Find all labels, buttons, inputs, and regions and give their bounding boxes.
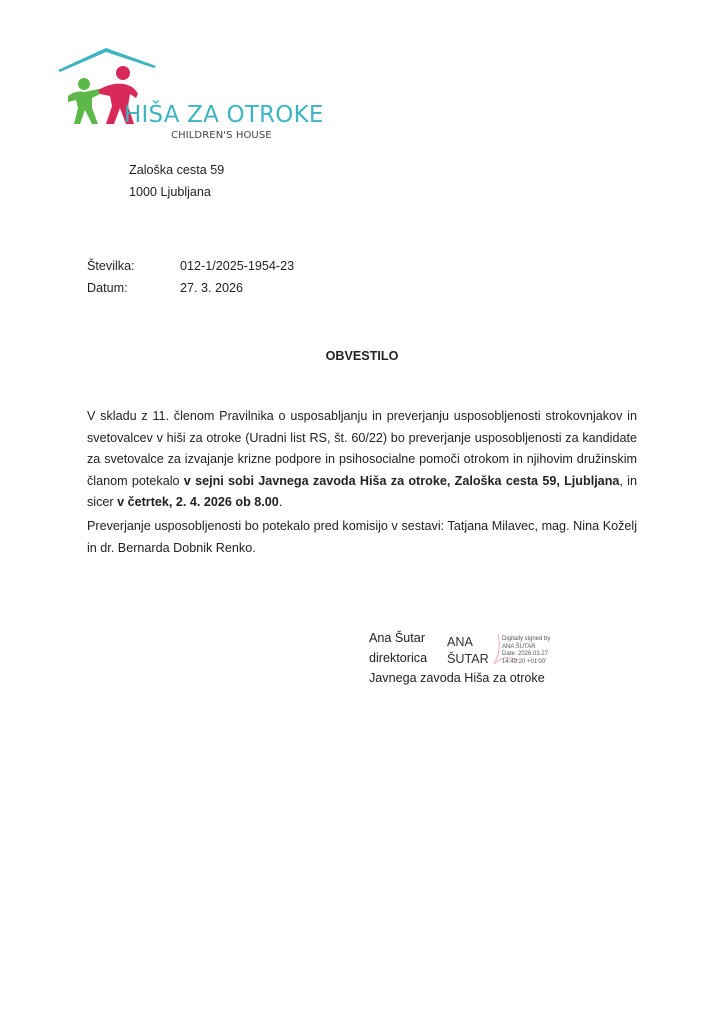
- date-label: Datum:: [87, 277, 180, 299]
- sender-address: Zaloška cesta 59 1000 Ljubljana: [129, 159, 224, 203]
- signed-name-line-1: ANA: [447, 634, 489, 651]
- document-meta: Številka: 012-1/2025-1954-23 Datum: 27. …: [87, 255, 294, 299]
- p1-datetime: v četrtek, 2. 4. 2026 ob 8.00: [117, 495, 279, 509]
- paragraph-notice: V skladu z 11. členom Pravilnika o uspos…: [87, 406, 637, 514]
- paragraph-commission: Preverjanje usposobljenosti bo potekalo …: [87, 516, 637, 559]
- digital-line-2: ANA ŠUTAR: [502, 644, 550, 652]
- meta-number-row: Številka: 012-1/2025-1954-23: [87, 255, 294, 277]
- logo-house-icon: [54, 44, 314, 144]
- address-line-2: 1000 Ljubljana: [129, 181, 224, 203]
- signed-name-line-2: ŠUTAR: [447, 651, 489, 668]
- digital-signature-name: ANA ŠUTAR: [447, 634, 489, 668]
- date-value: 27. 3. 2026: [180, 277, 243, 299]
- address-line-1: Zaloška cesta 59: [129, 159, 224, 181]
- logo-title: HIŠA ZA OTROKE: [124, 102, 324, 128]
- digital-line-4: 14:49:20 +01'00': [502, 659, 550, 667]
- p1-text-3: .: [279, 495, 283, 509]
- signatory-organization: Javnega zavoda Hiša za otroke: [369, 668, 545, 688]
- logo-subtitle: CHILDREN'S HOUSE: [171, 130, 272, 141]
- digital-signature-info: Digitally signed by ANA ŠUTAR Date: 2026…: [502, 636, 550, 666]
- number-value: 012-1/2025-1954-23: [180, 255, 294, 277]
- digital-line-1: Digitally signed by: [502, 636, 550, 644]
- digital-line-3: Date: 2026.03.27: [502, 651, 550, 659]
- p1-location: v sejni sobi Javnega zavoda Hiša za otro…: [184, 474, 620, 488]
- meta-date-row: Datum: 27. 3. 2026: [87, 277, 294, 299]
- document-title: OBVESTILO: [0, 349, 724, 363]
- number-label: Številka:: [87, 255, 180, 277]
- organization-logo: HIŠA ZA OTROKE CHILDREN'S HOUSE: [54, 44, 314, 144]
